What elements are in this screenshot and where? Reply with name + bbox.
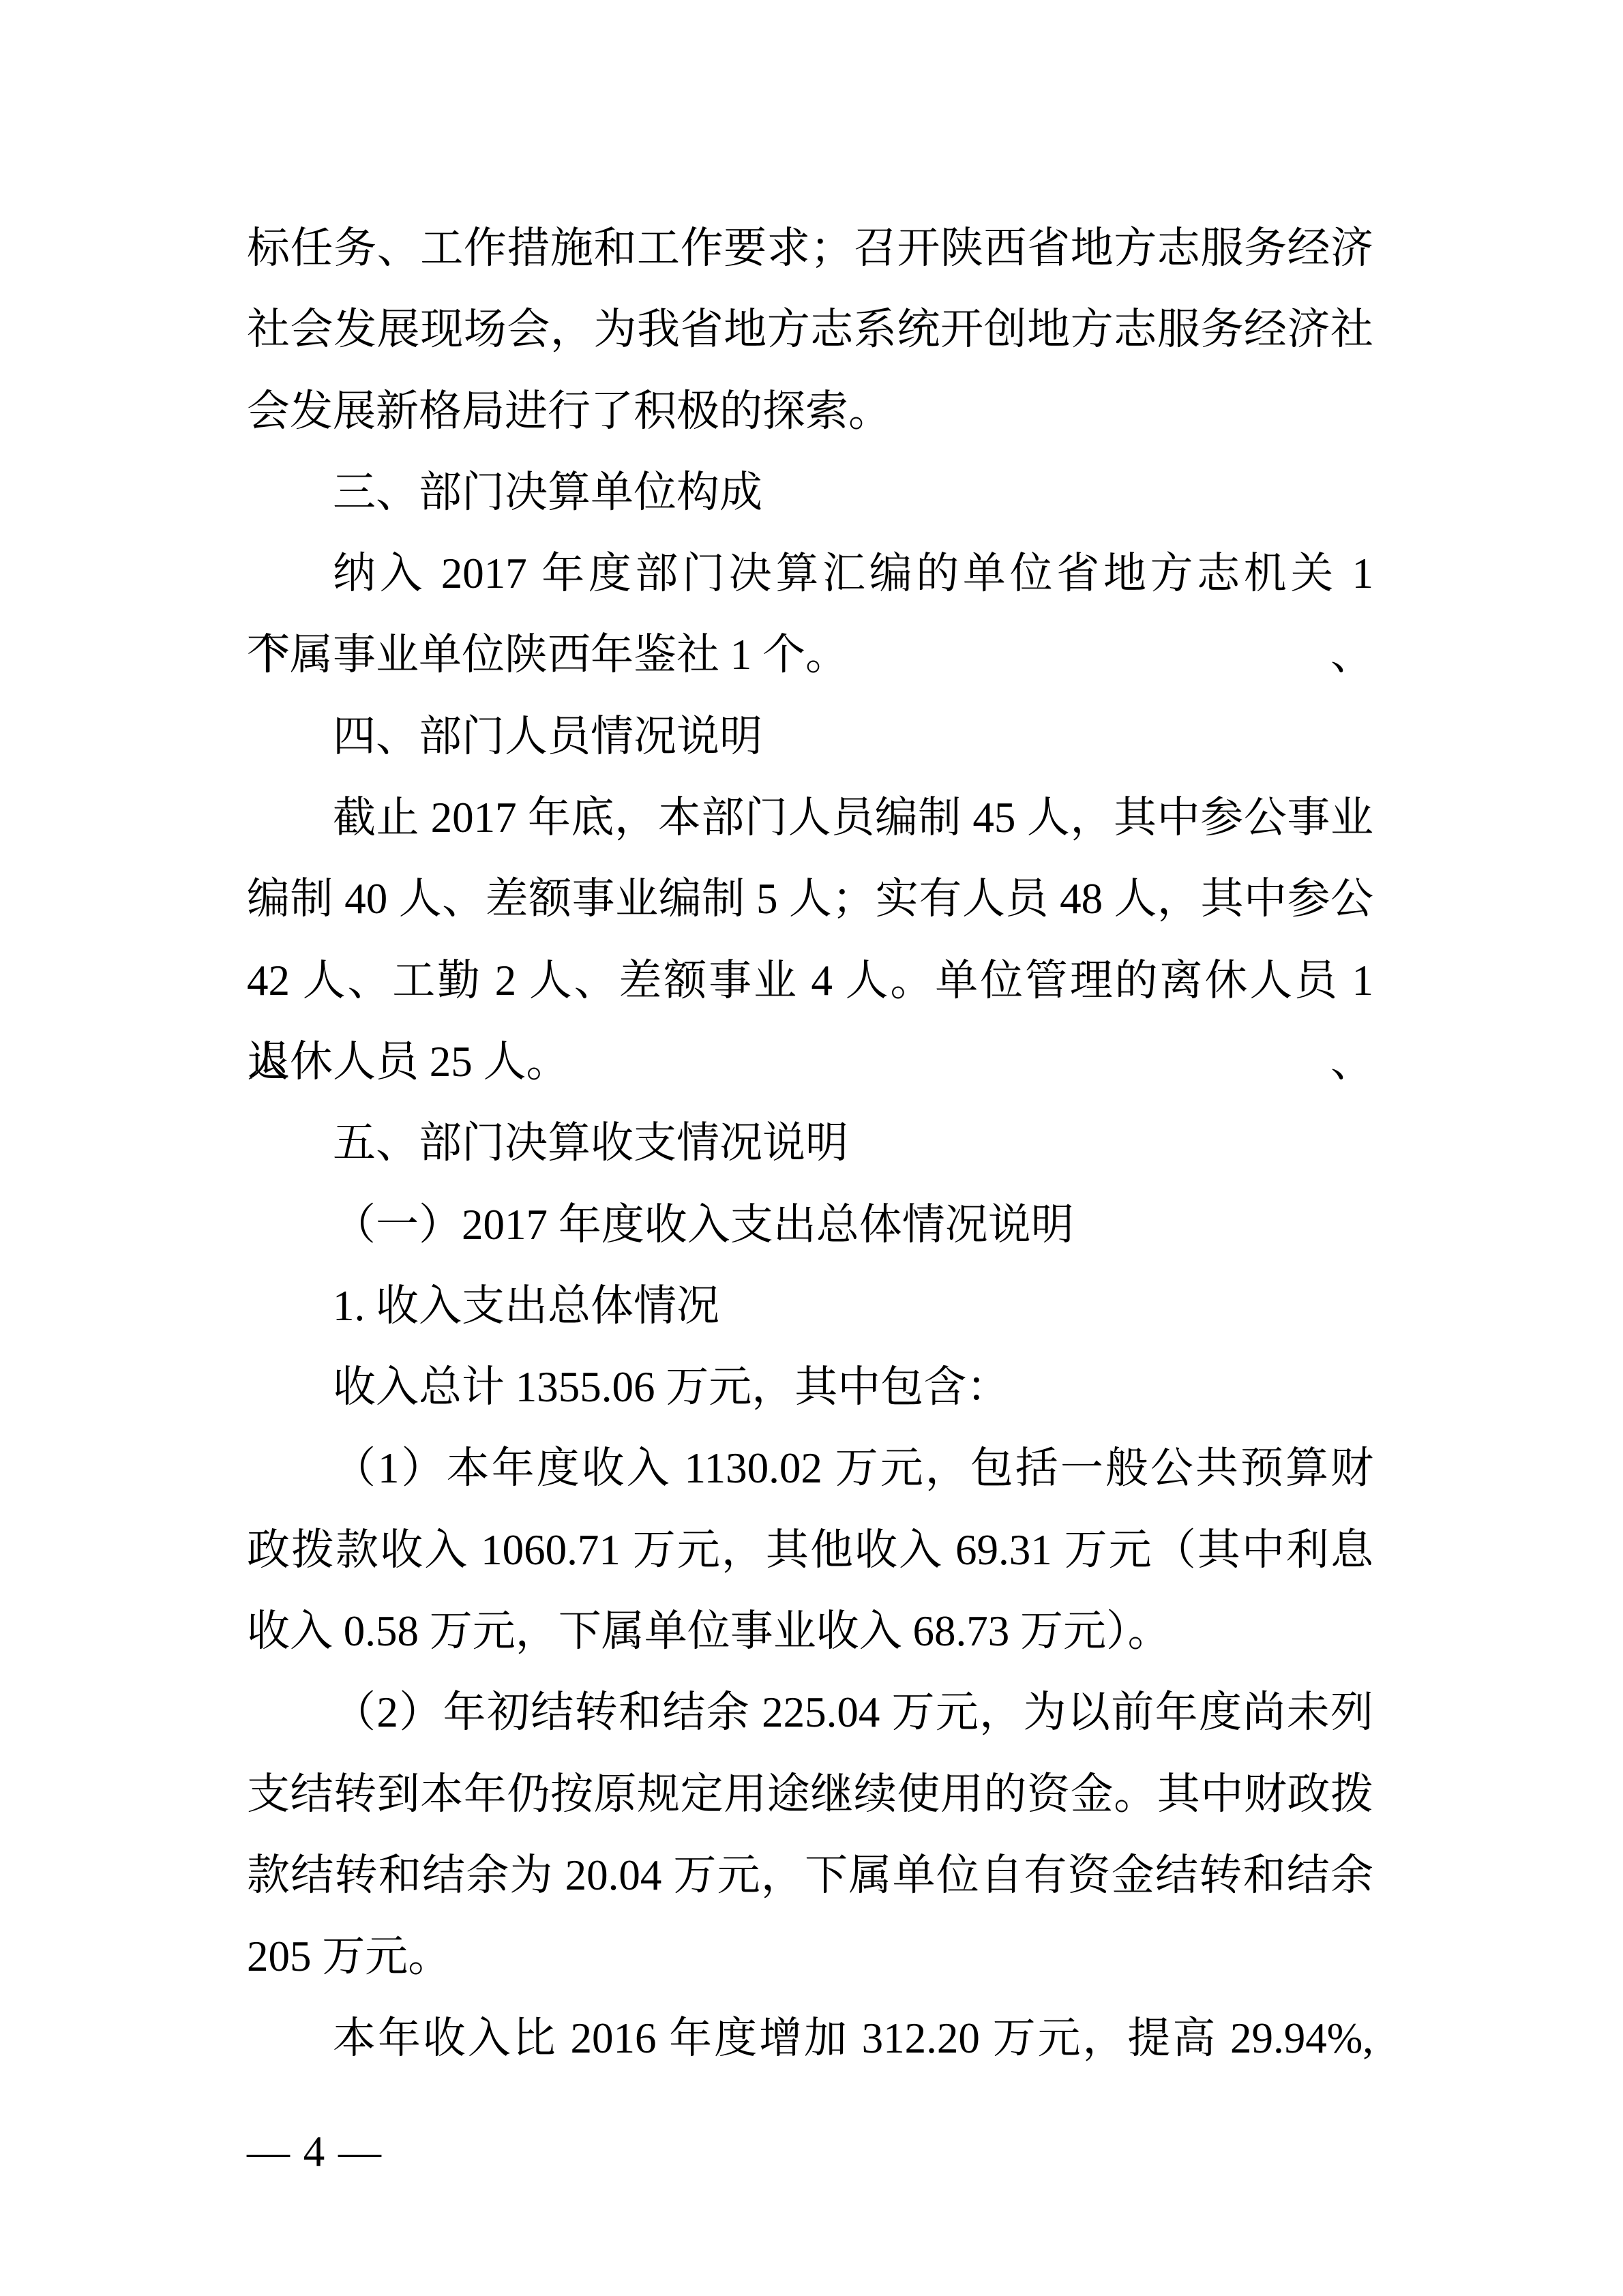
paragraph-line: 纳入 2017 年度部门决算汇编的单位省地方志机关 1 个、	[247, 533, 1373, 614]
page-number: — 4 —	[247, 2111, 383, 2192]
document-page: 标任务、工作措施和工作要求；召开陕西省地方志服务经济 社会发展现场会，为我省地方…	[0, 0, 1623, 2296]
paragraph-line: 编制 40 人、差额事业编制 5 人；实有人员 48 人，其中参公	[247, 859, 1373, 940]
paragraph-line: 款结转和结余为 20.04 万元，下属单位自有资金结转和结余	[247, 1835, 1373, 1916]
paragraph-line: 42 人、工勤 2 人、差额事业 4 人。单位管理的离休人员 1 人、	[247, 940, 1373, 1022]
paragraph-line: 标任务、工作措施和工作要求；召开陕西省地方志服务经济	[247, 208, 1373, 289]
paragraph-line: （2）年初结转和结余 225.04 万元，为以前年度尚未列	[247, 1672, 1373, 1753]
paragraph-line: 会发展新格局进行了积极的探索。	[247, 371, 1373, 452]
heading-item-1: 1. 收入支出总体情况	[247, 1266, 1373, 1347]
paragraph-line: 支结转到本年仍按原规定用途继续使用的资金。其中财政拨	[247, 1754, 1373, 1835]
heading-section-5: 五、部门决算收支情况说明	[247, 1103, 1373, 1184]
paragraph-line: 本年收入比 2016 年度增加 312.20 万元，提高 29.94%,	[247, 1998, 1373, 2079]
paragraph-line: 社会发展现场会，为我省地方志系统开创地方志服务经济社	[247, 289, 1373, 370]
heading-section-3: 三、部门决算单位构成	[247, 452, 1373, 533]
paragraph-line: 政拨款收入 1060.71 万元，其他收入 69.31 万元（其中利息	[247, 1510, 1373, 1591]
paragraph-line: 收入 0.58 万元，下属单位事业收入 68.73 万元）。	[247, 1591, 1373, 1672]
paragraph-line: 205 万元。	[247, 1916, 1373, 1997]
paragraph-line: 收入总计 1355.06 万元，其中包含：	[247, 1347, 1373, 1428]
heading-section-4: 四、部门人员情况说明	[247, 696, 1373, 777]
paragraph-line: （1）本年度收入 1130.02 万元，包括一般公共预算财	[247, 1428, 1373, 1509]
paragraph-line: 截止 2017 年底，本部门人员编制 45 人，其中参公事业	[247, 777, 1373, 859]
body-text: 标任务、工作措施和工作要求；召开陕西省地方志服务经济 社会发展现场会，为我省地方…	[247, 208, 1373, 2079]
heading-subsection-1: （一）2017 年度收入支出总体情况说明	[247, 1184, 1373, 1266]
